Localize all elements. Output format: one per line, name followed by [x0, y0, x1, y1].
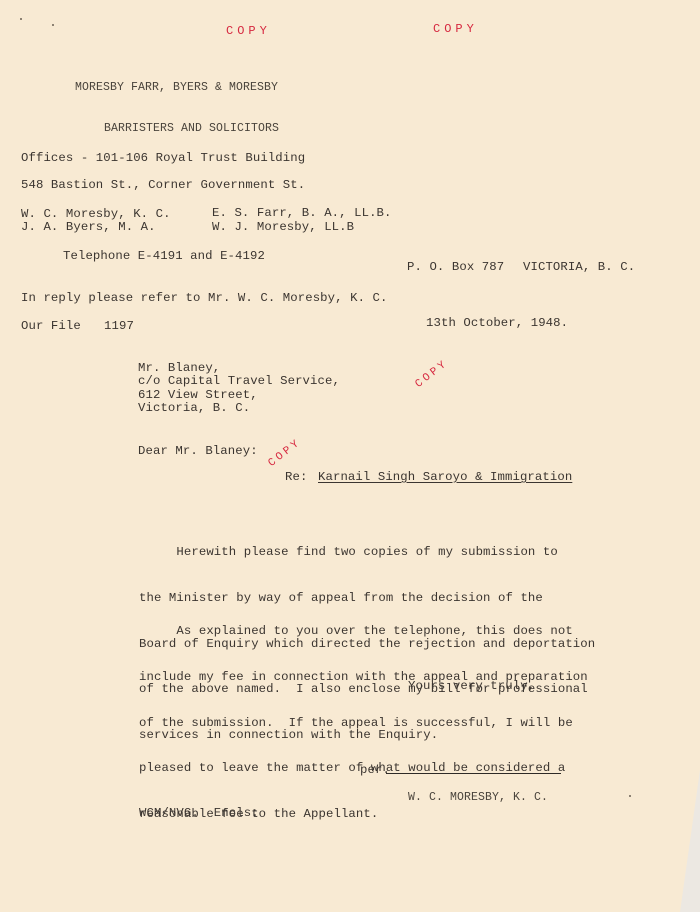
recipient-line: Victoria, B. C.	[138, 401, 250, 415]
copy-stamp-address: COPY	[413, 358, 451, 391]
paragraph-line: pleased to leave the matter of what woul…	[139, 761, 569, 776]
firm-profession: BARRISTERS AND SOLICITORS	[104, 122, 279, 136]
street-address: 548 Bastion St., Corner Government St.	[21, 178, 305, 192]
city: VICTORIA, B. C.	[523, 260, 635, 274]
offices-address: Offices - 101-106 Royal Trust Building	[21, 151, 305, 165]
recipient-line: 612 View Street,	[138, 388, 258, 402]
paper-speck	[52, 24, 54, 26]
signatory-name: W. C. MORESBY, K. C.	[408, 791, 548, 805]
recipient-line: c/o Capital Travel Service,	[138, 374, 340, 388]
paragraph-line: Herewith please find two copies of my su…	[139, 545, 569, 560]
per-label: per.	[360, 763, 390, 777]
copy-stamp-salutation: COPY	[266, 437, 304, 470]
partner-left-2: J. A. Byers, M. A.	[21, 220, 156, 234]
paper-speck	[20, 18, 22, 20]
firm-name: MORESBY FARR, BYERS & MORESBY	[75, 81, 278, 95]
reply-reference: In reply please refer to Mr. W. C. Mores…	[21, 291, 388, 305]
copy-stamp-top-right: COPY	[433, 22, 478, 36]
partner-right-1: E. S. Farr, B. A., LL.B.	[212, 206, 392, 220]
paper-speck	[629, 795, 631, 797]
recipient-line: Mr. Blaney,	[138, 361, 220, 375]
partner-left-1: W. C. Moresby, K. C.	[21, 207, 171, 221]
closing: Yours very truly,	[408, 679, 535, 693]
partner-right-2: W. J. Moresby, LL.B	[212, 220, 354, 234]
initials-enclosures: WCM/NVG. Encls:	[139, 806, 259, 820]
salutation: Dear Mr. Blaney:	[138, 444, 258, 458]
letter-page: COPY COPY COPY COPY MORESBY FARR, BYERS …	[0, 0, 700, 912]
re-subject: Karnail Singh Saroyo & Immigration	[318, 470, 572, 484]
paragraph-line: of the submission. If the appeal is succ…	[139, 716, 569, 731]
signature-line	[386, 773, 561, 774]
re-label: Re:	[285, 470, 307, 484]
po-box: P. O. Box 787	[407, 260, 504, 274]
file-label: Our File	[21, 319, 81, 333]
letter-date: 13th October, 1948.	[426, 316, 568, 330]
file-number: 1197	[104, 319, 134, 333]
paragraph-line: As explained to you over the telephone, …	[139, 624, 569, 639]
copy-stamp-top-left: COPY	[226, 24, 271, 38]
telephone: Telephone E-4191 and E-4192	[63, 249, 265, 263]
